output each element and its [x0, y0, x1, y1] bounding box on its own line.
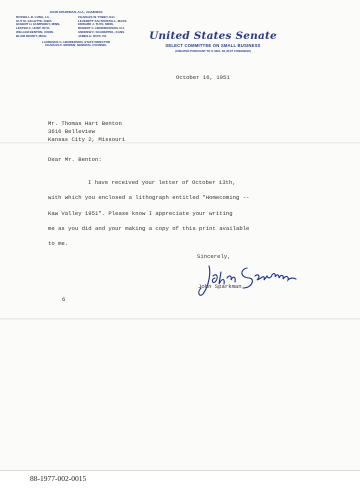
- letter-page: JOHN SPARKMAN, ALA., CHAIRMAN RUSSELL B.…: [0, 0, 360, 470]
- body-line: to me.: [48, 236, 249, 251]
- recipient-city: Kansas City 2, Missouri: [48, 136, 125, 144]
- member: JAMES H. DUFF, PA.: [78, 35, 136, 39]
- letter-body: I have received your letter of October 1…: [48, 175, 249, 251]
- signer-name: John Sparkman: [198, 283, 242, 290]
- signature-icon: [195, 262, 325, 302]
- general-counsel: CHARLES F. BROWN, GENERAL COUNSEL: [16, 44, 136, 48]
- member: BLAIR MOODY, MICH.: [16, 35, 74, 39]
- members-left: RUSSELL B. LONG, LA. GUY M. GILLETTE, IO…: [16, 16, 74, 39]
- recipient-street: 3616 Belleview: [48, 128, 125, 136]
- body-line: me as you did and your making a copy of …: [48, 221, 249, 236]
- members-right: CHARLES W. TOBEY, N.H. LEVERETT SALTONST…: [78, 16, 136, 39]
- closing: Sincerely,: [197, 253, 231, 260]
- letterhead-title-block: United States Senate SELECT COMMITTEE ON…: [148, 30, 278, 53]
- recipient-name: Mr. Thomas Hart Benton: [48, 120, 125, 128]
- recipient-address: Mr. Thomas Hart Benton 3616 Belleview Ka…: [48, 120, 125, 144]
- fold-line: [0, 318, 360, 320]
- letter-date: October 16, 1951: [176, 74, 230, 81]
- page-mark: 6: [62, 296, 65, 303]
- body-line: with which you enclosed a lithograph ent…: [48, 190, 249, 205]
- salutation: Dear Mr. Benton:: [48, 156, 102, 163]
- committee-authority: (CREATED PURSUANT TO S. RES. 58, 81ST CO…: [148, 49, 278, 53]
- committee-members-list: JOHN SPARKMAN, ALA., CHAIRMAN RUSSELL B.…: [16, 11, 136, 48]
- page-edge: [0, 470, 360, 471]
- body-line: Kaw Valley 1951". Please know I apprecia…: [48, 206, 249, 221]
- committee-name: SELECT COMMITTEE ON SMALL BUSINESS: [148, 43, 278, 48]
- senate-title: United States Senate: [148, 30, 278, 42]
- body-line: I have received your letter of October 1…: [48, 175, 249, 190]
- accession-number: 88-1977-002-0015: [30, 474, 86, 483]
